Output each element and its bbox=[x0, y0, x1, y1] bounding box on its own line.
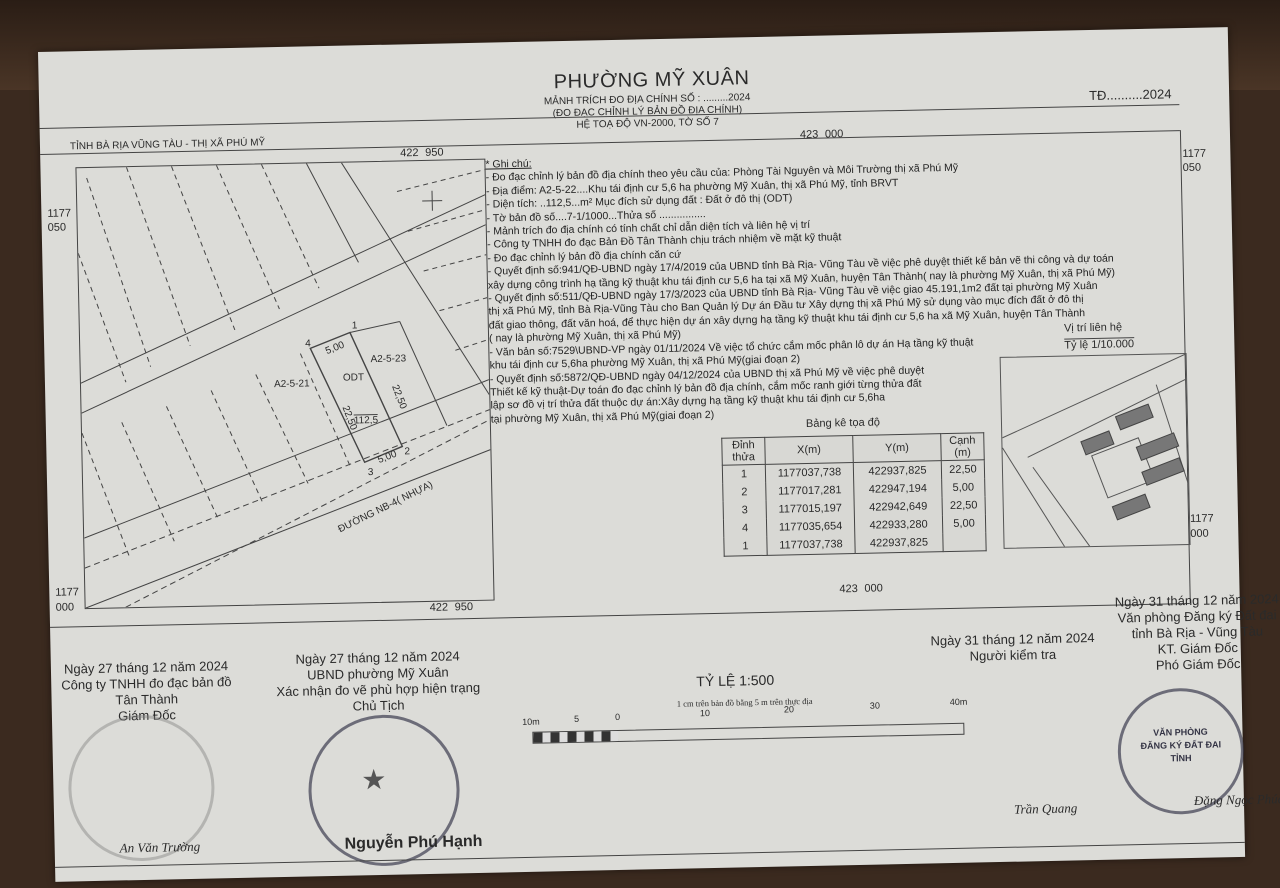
bottom-border bbox=[55, 842, 1245, 868]
parcel-area: 112,5 bbox=[354, 414, 379, 427]
scale-bar-subdivisions bbox=[533, 731, 618, 743]
grid-label: 1177 bbox=[55, 586, 79, 598]
scale-title: TỶ LỆ 1:500 bbox=[696, 672, 774, 690]
document-title: PHƯỜNG MỸ XUÂN bbox=[554, 67, 750, 94]
cell: 1 bbox=[724, 537, 767, 556]
grid-label: 1177 bbox=[47, 207, 71, 219]
company-signer-name: An Văn Trường bbox=[120, 839, 201, 857]
frame-bottom bbox=[50, 603, 1190, 628]
scale-tick: 30 bbox=[870, 701, 880, 711]
inspector-signature-block: Ngày 31 tháng 12 năm 2024 Người kiểm tra bbox=[930, 630, 1095, 665]
scale-bar bbox=[532, 723, 964, 744]
cell: 422937,825 bbox=[853, 461, 941, 481]
grid-label: 1177 bbox=[1190, 512, 1214, 524]
column-header: Đỉnh thửa bbox=[722, 437, 766, 465]
cell: 1177037,738 bbox=[767, 535, 855, 555]
column-header: Cạnh (m) bbox=[941, 433, 985, 461]
grid-label: 000 bbox=[56, 601, 75, 613]
vertex-2: 2 bbox=[404, 446, 410, 457]
coordinate-table: Đỉnh thửa X(m) Y(m) Cạnh (m) 11177037,73… bbox=[721, 432, 986, 556]
scale-tick: 5 bbox=[574, 714, 579, 724]
location-map-scale: Tỷ lệ 1/10.000 bbox=[1064, 337, 1134, 351]
cell: 422942,649 bbox=[854, 497, 942, 517]
column-header: Y(m) bbox=[853, 434, 942, 463]
vertex-3: 3 bbox=[368, 467, 374, 478]
grid-label: 050 bbox=[1183, 162, 1202, 174]
cell: 5,00 bbox=[942, 478, 985, 497]
grid-label: 050 bbox=[48, 221, 67, 233]
signature-date: Ngày 31 tháng 12 năm 2024 bbox=[930, 630, 1094, 649]
vertex-4: 4 bbox=[305, 338, 311, 349]
cadastral-extract-document: PHƯỜNG MỸ XUÂN MẢNH TRÍCH ĐO ĐỊA CHÍNH S… bbox=[38, 27, 1245, 882]
signature-role: Phó Giám Đốc bbox=[1116, 655, 1280, 674]
cell: 1 bbox=[722, 464, 765, 483]
cadastral-map: 4 1 2 3 5,00 5,00 22,50 22,50 A2-5-21 A2… bbox=[75, 159, 494, 609]
grid-label: 000 bbox=[1190, 528, 1209, 540]
office-signature-block: Ngày 31 tháng 12 năm 2024 Văn phòng Đăng… bbox=[1115, 591, 1280, 674]
land-use-code: ODT bbox=[343, 372, 364, 383]
grid-label: 950 bbox=[425, 147, 444, 159]
location-map-drawing bbox=[1001, 354, 1190, 548]
grid-label: 950 bbox=[455, 601, 474, 613]
cell: 1177017,281 bbox=[766, 481, 854, 501]
cell: 1177037,738 bbox=[765, 463, 853, 483]
signature-org: tỉnh Bà Rịa - Vũng Tàu bbox=[1115, 623, 1279, 642]
cell: 4 bbox=[723, 519, 766, 538]
grid-label: 423 bbox=[800, 129, 819, 141]
ward-signer-name: Nguyễn Phú Hạnh bbox=[344, 833, 482, 854]
grid-label: 423 bbox=[839, 583, 858, 595]
cell: 422937,825 bbox=[855, 533, 943, 553]
grid-label: 000 bbox=[825, 128, 844, 140]
column-header: X(m) bbox=[765, 436, 854, 465]
office-signer-name: Đặng Ngọc Phúc bbox=[1194, 791, 1280, 809]
grid-label: 422 bbox=[400, 147, 419, 159]
inspector-name: Trần Quang bbox=[1014, 800, 1078, 817]
cell: 5,00 bbox=[942, 514, 985, 533]
cell: 1177035,654 bbox=[766, 517, 854, 537]
cell bbox=[943, 532, 986, 551]
cell: 22,50 bbox=[942, 496, 985, 515]
cell: 422933,280 bbox=[854, 515, 942, 535]
parcel-label-right: A2-5-23 bbox=[370, 353, 406, 365]
td-number: TĐ..........2024 bbox=[1089, 86, 1172, 103]
coord-table-title: Bảng kê tọa độ bbox=[806, 416, 880, 430]
cell: 3 bbox=[723, 501, 766, 520]
parcel-label-left: A2-5-21 bbox=[274, 378, 310, 390]
grid-label: 422 bbox=[430, 602, 449, 614]
grid-label: 1177 bbox=[1182, 148, 1206, 160]
location-map-title: Vị trí liên hệ bbox=[1064, 321, 1122, 334]
cell: 2 bbox=[723, 483, 766, 502]
scale-tick: 10m bbox=[522, 717, 540, 727]
star-emblem-icon: ★ bbox=[361, 763, 387, 797]
cell: 422947,194 bbox=[854, 479, 942, 499]
ward-signature-block: Ngày 27 tháng 12 năm 2024 UBND phường Mỹ… bbox=[276, 648, 481, 716]
scale-tick: 10 bbox=[700, 708, 710, 718]
location-map bbox=[1000, 353, 1191, 549]
grid-label: 000 bbox=[864, 582, 883, 594]
scale-tick: 40m bbox=[950, 697, 968, 707]
cell: 22,50 bbox=[941, 460, 984, 479]
scale-tick: 0 bbox=[615, 712, 620, 722]
cell: 1177015,197 bbox=[766, 499, 854, 519]
vertex-1: 1 bbox=[352, 320, 358, 331]
stamp-text: TỈNH bbox=[1121, 751, 1241, 767]
scale-tick: 20 bbox=[784, 704, 794, 714]
